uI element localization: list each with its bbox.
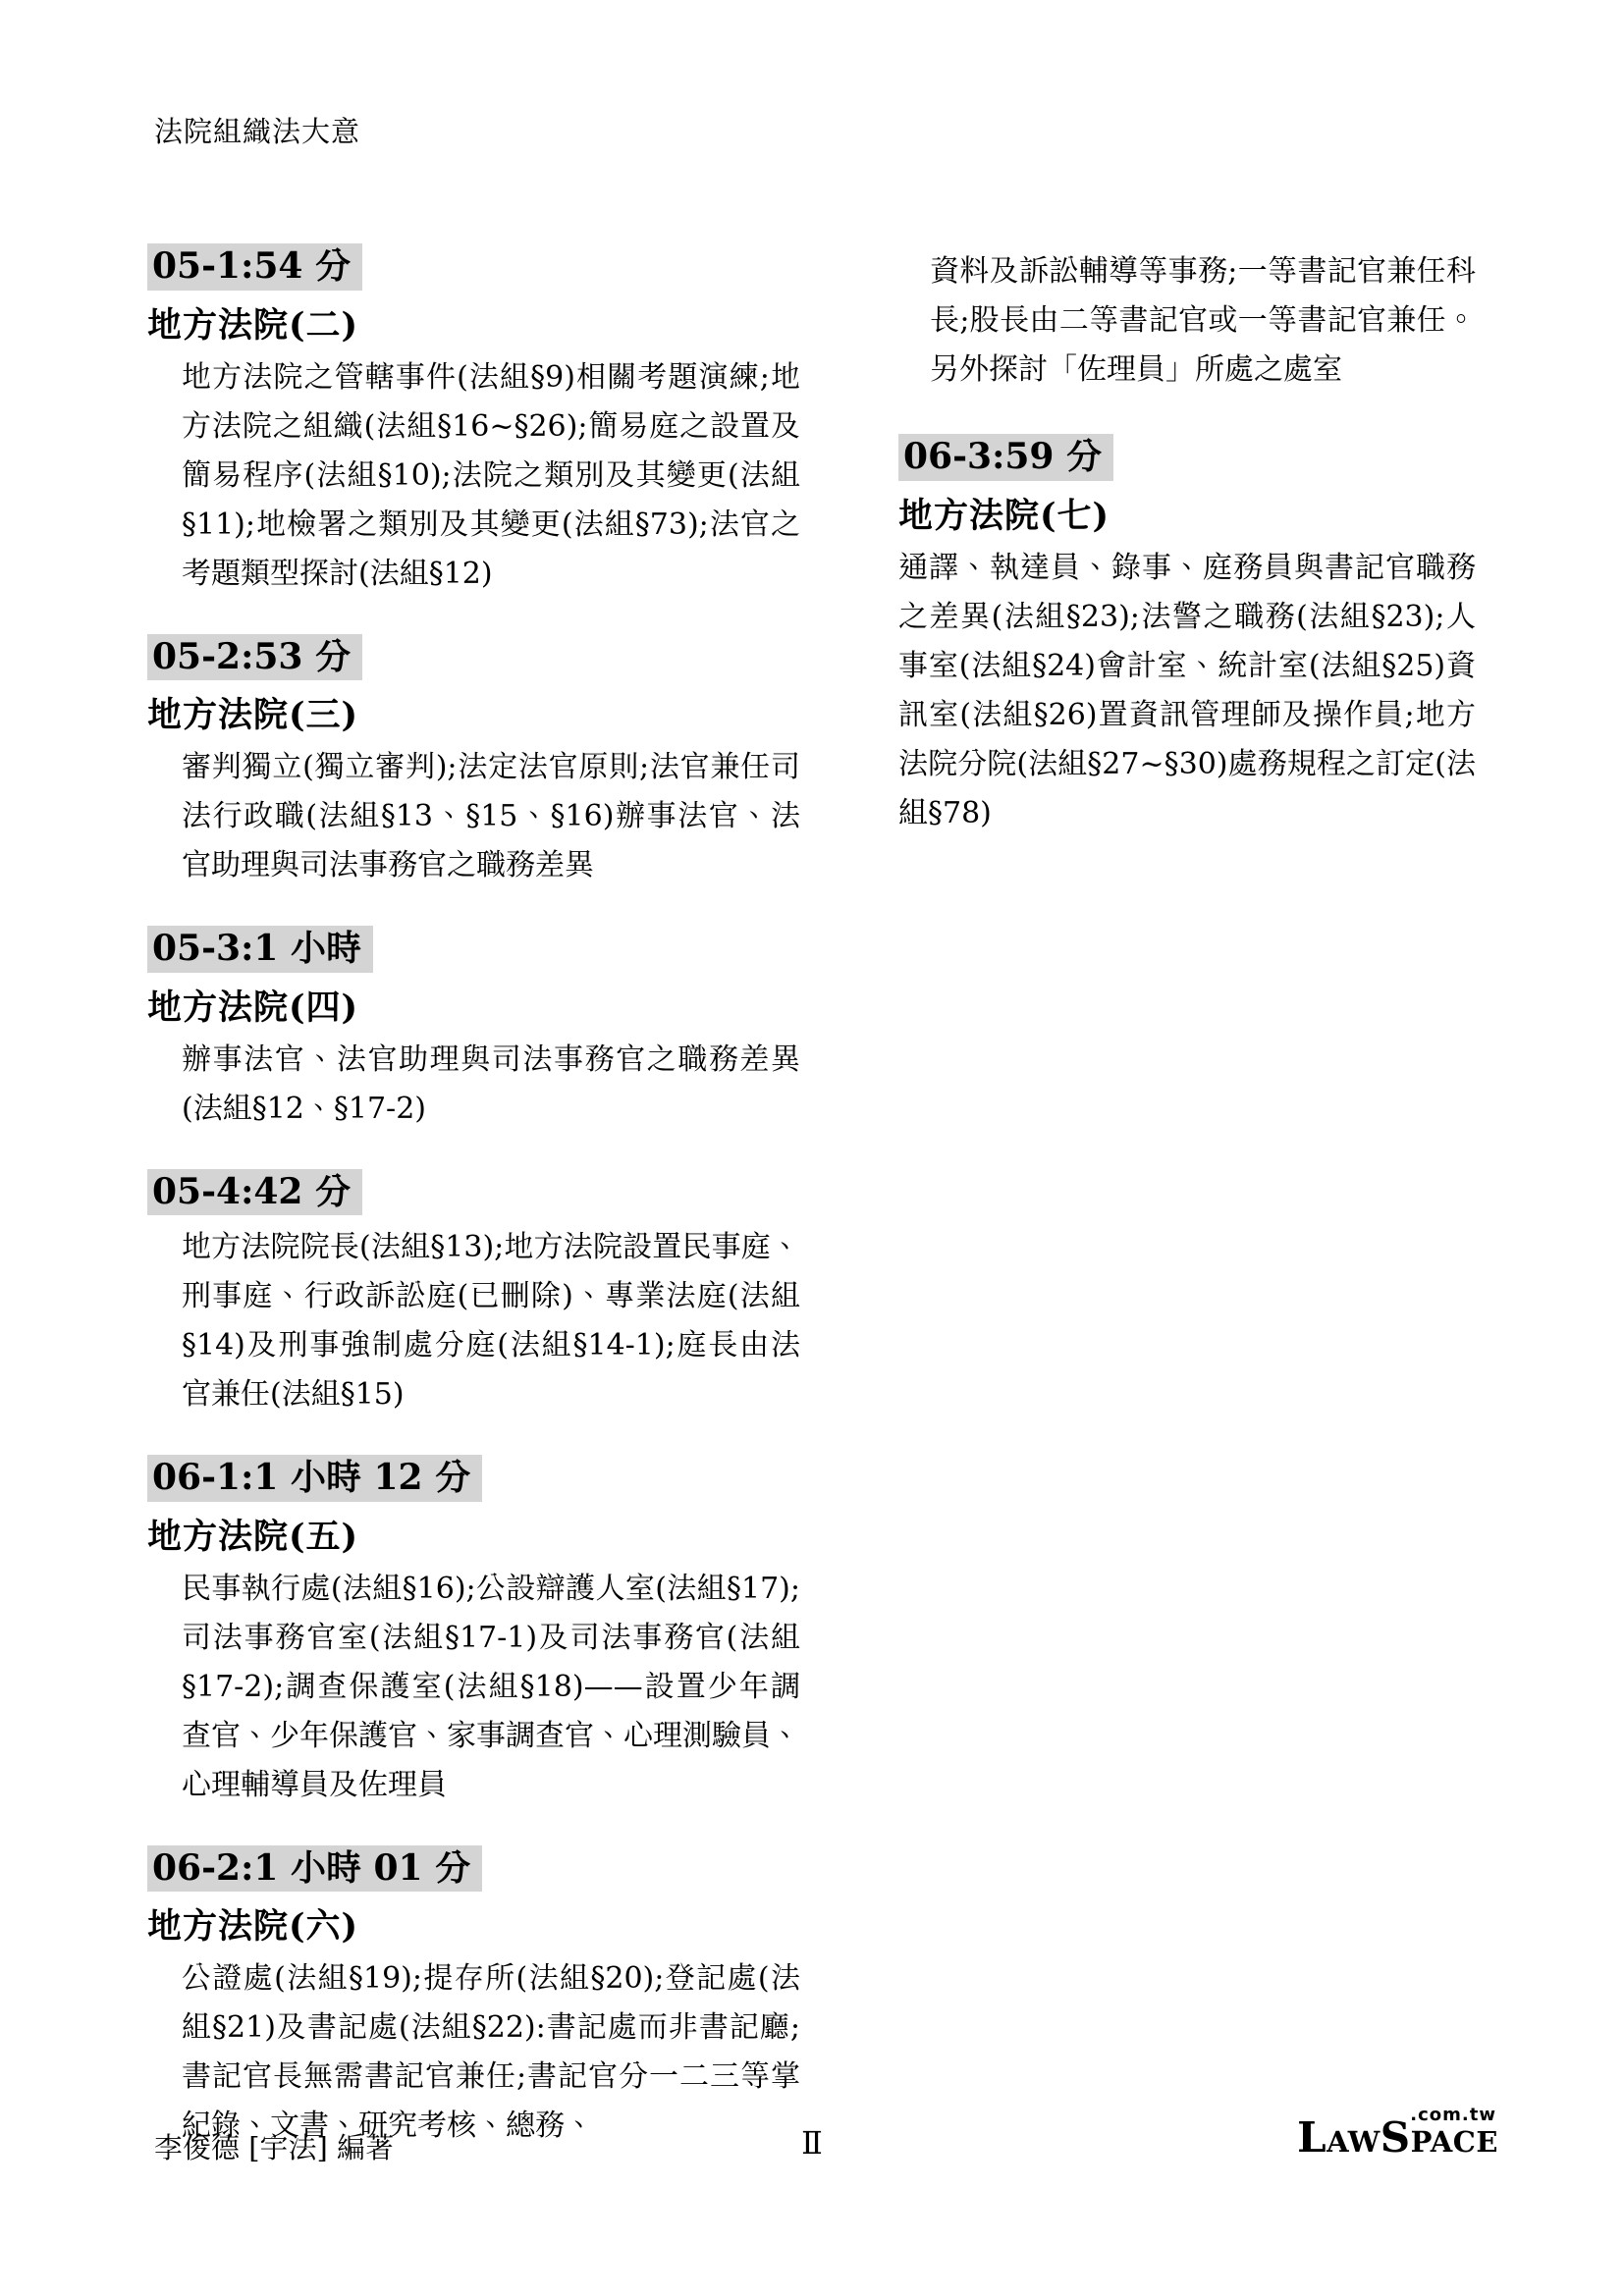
section-05-2: 05-2:53 分 地方法院(三) 審判獨立(獨立審判);法定法官原則;法官兼任… [147,634,800,891]
section-title: 地方法院(二) [147,298,800,347]
continuation-text: 資料及訴訟輔導等事務;一等書記官兼任科長;股長由二等書記官或一等書記官兼任。另外… [898,247,1476,395]
section-time-badge: 05-3:1 小時 [147,926,373,973]
section-body: 地方法院院長(法組§13);地方法院設置民事庭、刑事庭、行政訴訟庭(已刪除)、專… [147,1223,800,1419]
running-header: 法院組織法大意 [154,110,360,150]
section-body: 辦事法官、法官助理與司法事務官之職務差異(法組§12、§17-2) [147,1036,800,1134]
section-time-badge: 05-2:53 分 [147,634,362,681]
section-title: 地方法院(三) [147,688,800,737]
lawspace-logo: .com.tw LawSpace [1297,2107,1498,2159]
section-title: 地方法院(四) [147,981,800,1030]
section-body: 審判獨立(獨立審判);法定法官原則;法官兼任司法行政職(法組§13、§15、§1… [147,743,800,890]
page-footer: 李俊德 [宇法] 編著 Ⅱ .com.tw LawSpace [0,2107,1624,2195]
badge-row: 05-1:54 分 [147,243,800,291]
section-title: 地方法院(五) [147,1510,800,1559]
right-column: 資料及訴訟輔導等事務;一等書記官兼任科長;股長由二等書記官或一等書記官兼任。另外… [898,243,1476,2186]
left-column: 05-1:54 分 地方法院(二) 地方法院之管轄事件(法組§9)相關考題演練;… [147,243,800,2186]
section-title: 地方法院(七) [898,489,1476,538]
section-05-4: 05-4:42 分 地方法院院長(法組§13);地方法院設置民事庭、刑事庭、行政… [147,1169,800,1420]
section-06-1: 06-1:1 小時 12 分 地方法院(五) 民事執行處(法組§16);公設辯護… [147,1455,800,1810]
section-05-3: 05-3:1 小時 地方法院(四) 辦事法官、法官助理與司法事務官之職務差異(法… [147,926,800,1134]
badge-row: 06-2:1 小時 01 分 [147,1845,800,1893]
section-06-2: 06-2:1 小時 01 分 地方法院(六) 公證處(法組§19);提存所(法組… [147,1845,800,2152]
section-time-badge: 06-2:1 小時 01 分 [147,1845,482,1893]
section-time-badge: 06-3:59 分 [898,434,1113,481]
section-time-badge: 06-1:1 小時 12 分 [147,1455,482,1502]
section-body: 民事執行處(法組§16);公設辯護人室(法組§17);司法事務官室(法組§17-… [147,1565,800,1810]
section-06-3: 06-3:59 分 地方法院(七) 通譯、執達員、錄事、庭務員與書記官職務之差異… [898,434,1476,838]
badge-row: 05-2:53 分 [147,634,800,681]
section-title: 地方法院(六) [147,1899,800,1949]
badge-row: 06-1:1 小時 12 分 [147,1455,800,1502]
badge-row: 06-3:59 分 [898,434,1476,481]
footer-page-number: Ⅱ [801,2124,823,2162]
section-time-badge: 05-4:42 分 [147,1169,362,1216]
footer-author: 李俊德 [宇法] 編著 [154,2126,394,2166]
logo-domain-text: .com.tw [1297,2107,1498,2124]
badge-row: 05-4:42 分 [147,1169,800,1216]
section-05-1: 05-1:54 分 地方法院(二) 地方法院之管轄事件(法組§9)相關考題演練;… [147,243,800,599]
section-body: 地方法院之管轄事件(法組§9)相關考題演練;地方法院之組織(法組§16~§26)… [147,353,800,599]
page-content: 05-1:54 分 地方法院(二) 地方法院之管轄事件(法組§9)相關考題演練;… [147,243,1476,2186]
badge-row: 05-3:1 小時 [147,926,800,973]
section-time-badge: 05-1:54 分 [147,243,362,291]
document-page: 法院組織法大意 05-1:54 分 地方法院(二) 地方法院之管轄事件(法組§9… [0,0,1624,2296]
section-body: 通譯、執達員、錄事、庭務員與書記官職務之差異(法組§23);法警之職務(法組§2… [898,544,1476,838]
